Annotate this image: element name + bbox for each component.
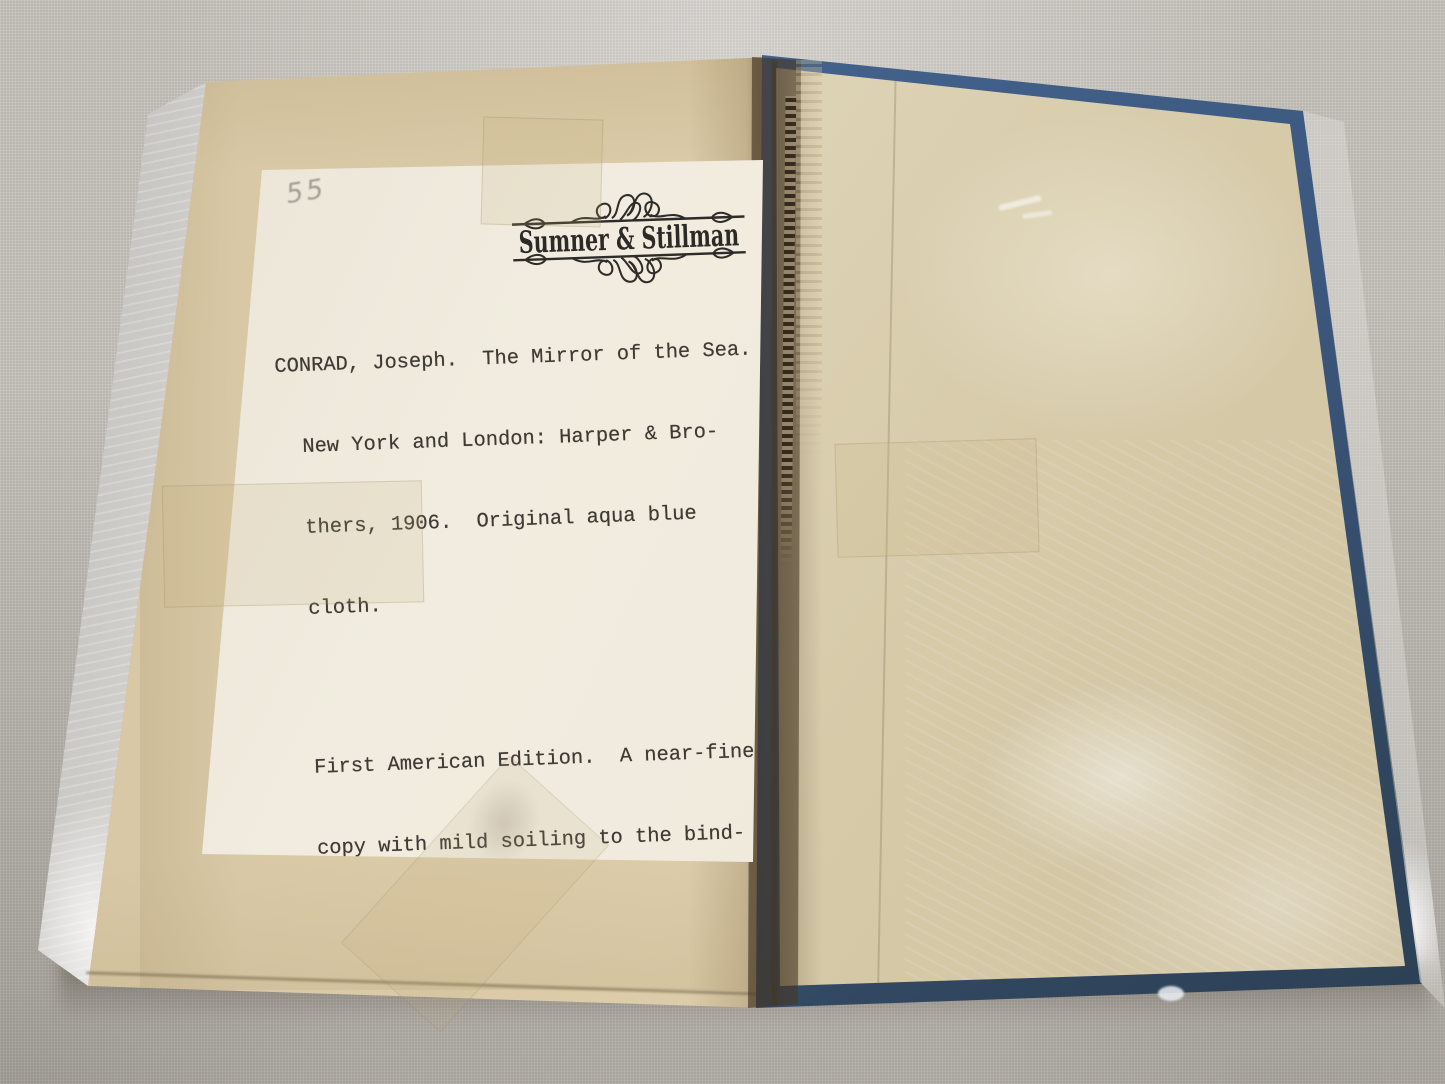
paragraph-gap — [286, 659, 787, 701]
catalog-line-2: New York and London: Harper & Bro- — [277, 417, 778, 462]
hinge-frayed-paper — [796, 60, 822, 460]
cover-glare-dot — [1158, 986, 1184, 1001]
photo-of-open-book: 55 Sumner & Stillman CONRAD, Joseph. The… — [0, 0, 1445, 1084]
tape-ghost-right-page — [834, 438, 1039, 558]
tape-ghost-top — [481, 116, 604, 227]
pencil-price-note: 55 — [284, 173, 329, 210]
hinge-crack-line — [772, 60, 777, 1005]
catalog-line-1: CONRAD, Joseph. The Mirror of the Sea. — [274, 336, 775, 381]
tape-ghost-left — [162, 480, 424, 607]
plastic-sheen-top — [900, 110, 1320, 440]
condition-line-1: First American Edition. A near-fine — [289, 737, 790, 782]
